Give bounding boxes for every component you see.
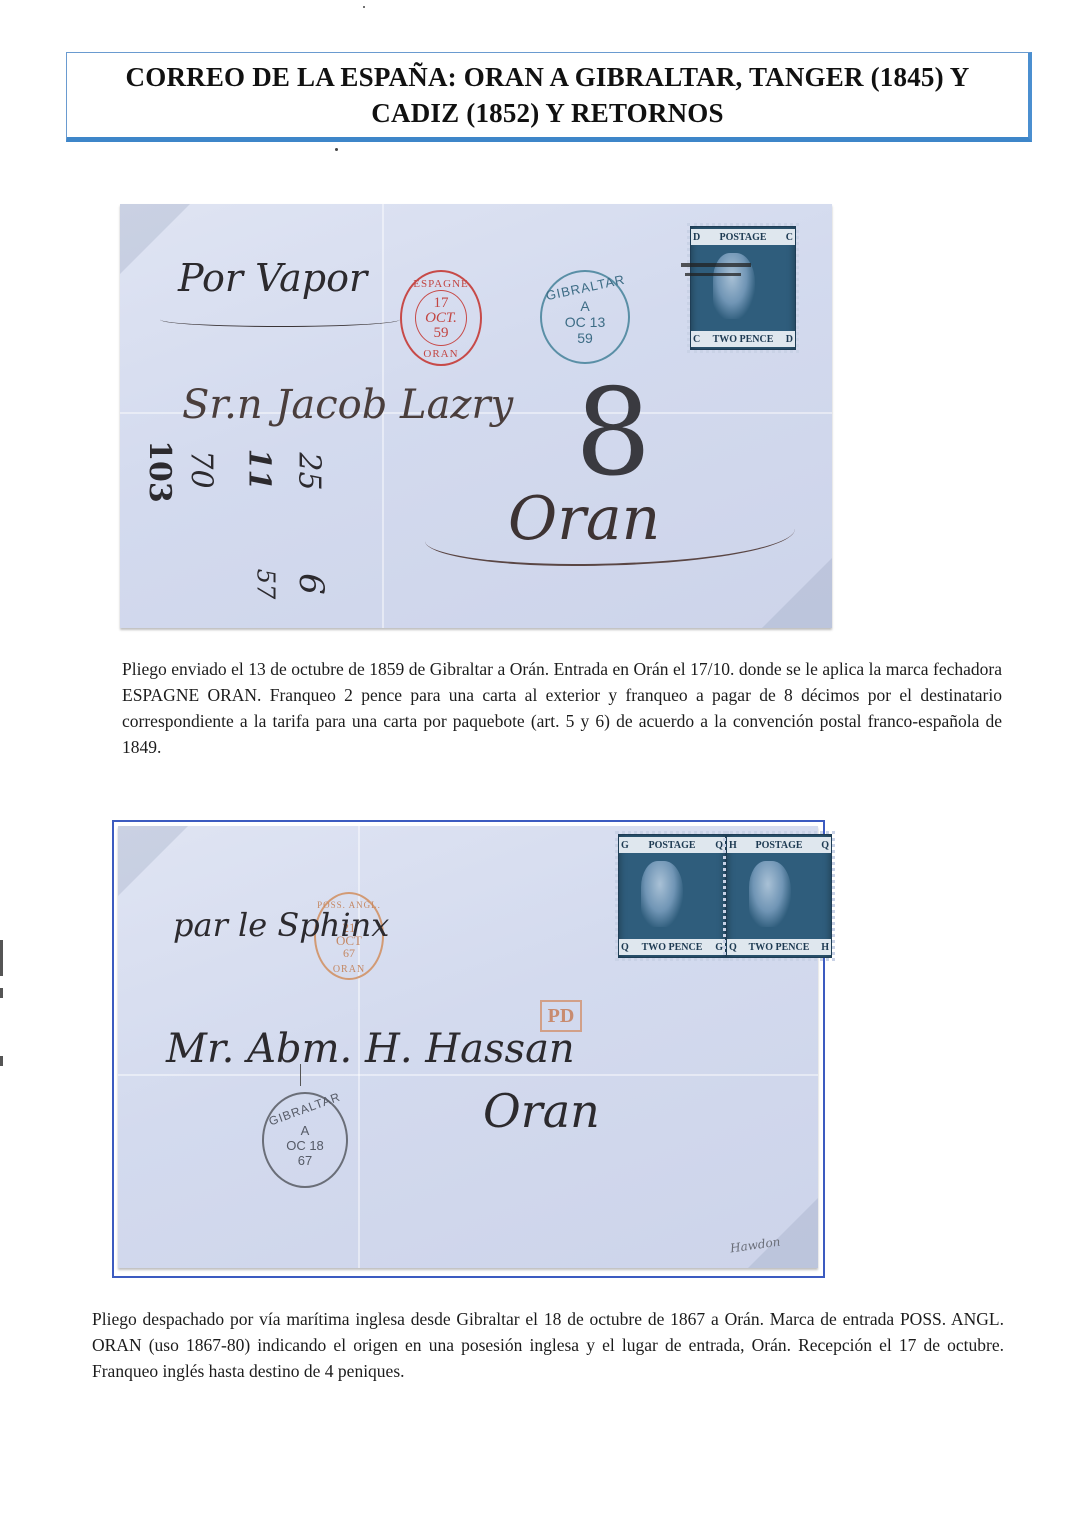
fold-corner xyxy=(748,1198,818,1268)
destination-flourish xyxy=(425,504,795,566)
postmark-top-text: ESPAGNE xyxy=(413,278,469,290)
postmark-bottom-text: ORAN xyxy=(423,348,458,360)
scan-edge-mark xyxy=(0,940,3,976)
stamp-top-label: G POSTAGE Q xyxy=(619,837,725,853)
scan-edge-mark xyxy=(0,988,3,998)
corner-letter: H xyxy=(729,840,737,851)
corner-letter: Q xyxy=(715,840,723,851)
tax-mark-8: 8 xyxy=(575,364,651,503)
stamp-top-label: H POSTAGE Q xyxy=(727,837,831,853)
postmark-inner-ring xyxy=(415,290,467,346)
postmark-year: 59 xyxy=(577,330,593,346)
cover-1867: POSS. ANGL. 21 OCT 67 ORAN par le Sphinx… xyxy=(118,826,818,1268)
stamp-top-text: POSTAGE xyxy=(719,232,766,243)
corner-letter: H xyxy=(821,942,829,953)
page-title-box: CORREO DE LA ESPAÑA: ORAN A GIBRALTAR, T… xyxy=(66,52,1032,142)
scan-speck xyxy=(363,6,365,8)
arrow-line xyxy=(300,1064,301,1086)
stamp-bottom-text: TWO PENCE xyxy=(749,942,810,953)
stamp-bottom-label: Q TWO PENCE H xyxy=(727,939,831,955)
postmark-letter: A xyxy=(580,298,589,314)
note-25: 25 xyxy=(292,452,327,490)
addressee: Sr.n Jacob Lazry xyxy=(182,382,513,428)
postmark-espagne-oran: ESPAGNE 17 OCT. 59 ORAN xyxy=(400,270,482,366)
corner-letter: G xyxy=(621,840,629,851)
addressee: Mr. Abm. H. Hassan xyxy=(166,1026,575,1072)
corner-letter: Q xyxy=(821,840,829,851)
stamp-bottom-text: TWO PENCE xyxy=(642,942,703,953)
note-103: 103 xyxy=(142,440,177,503)
scan-speck xyxy=(335,148,338,151)
stamp-bottom-label: C TWO PENCE D xyxy=(691,331,795,347)
stamp-two-pence-right: H POSTAGE Q Q TWO PENCE H xyxy=(726,834,832,958)
page-title-line-1: CORREO DE LA ESPAÑA: ORAN A GIBRALTAR, T… xyxy=(126,59,970,95)
cover-1859: Por Vapor ESPAGNE 17 OCT. 59 ORAN GIBRAL… xyxy=(120,204,832,628)
stamp-two-pence-blue: D POSTAGE C C TWO PENCE D xyxy=(690,226,796,350)
stamp-top-text: POSTAGE xyxy=(648,840,695,851)
queen-victoria-portrait xyxy=(749,861,791,927)
cancellation-bar xyxy=(681,263,751,267)
routing-note: Por Vapor xyxy=(178,256,367,300)
destination: Oran xyxy=(483,1084,600,1138)
note-70: 70 xyxy=(184,450,219,488)
corner-letter: Q xyxy=(729,942,737,953)
note-6: 6 xyxy=(291,573,331,595)
scan-edge-mark xyxy=(0,1056,3,1066)
queen-victoria-portrait xyxy=(641,861,683,927)
postmark-year: 67 xyxy=(298,1153,312,1168)
postmark-date: OC 13 xyxy=(565,314,605,330)
corner-letter: D xyxy=(693,232,700,243)
corner-letter: Q xyxy=(621,942,629,953)
corner-letter: D xyxy=(786,334,793,345)
stamp-two-pence-left: G POSTAGE Q Q TWO PENCE G xyxy=(618,834,726,958)
postmark-gibraltar-1867: GIBRALTAR A OC 18 67 xyxy=(262,1092,348,1188)
fold-corner xyxy=(118,826,188,896)
caption-cover-1867: Pliego despachado por vía marítima ingle… xyxy=(92,1306,1004,1384)
corner-letter: G xyxy=(715,942,723,953)
underline-flourish xyxy=(160,312,400,327)
fold-corner xyxy=(762,558,832,628)
fold-line xyxy=(118,1074,818,1076)
postmark-bottom-text: ORAN xyxy=(333,964,365,975)
note-57: 57 xyxy=(251,569,279,600)
note-11: 11 xyxy=(241,449,276,491)
caption-cover-1859: Pliego enviado el 13 de octubre de 1859 … xyxy=(122,656,1002,760)
cancellation-bar xyxy=(685,273,741,276)
page-title-line-2: CADIZ (1852) Y RETORNOS xyxy=(371,95,723,131)
stamp-top-text: POSTAGE xyxy=(755,840,802,851)
corner-letter: C xyxy=(786,232,793,243)
routing-note: par le Sphinx xyxy=(173,906,389,944)
postmark-date: OC 18 xyxy=(286,1138,324,1153)
postmark-gibraltar-1859: GIBRALTAR A OC 13 59 xyxy=(540,270,630,364)
postmark-letter: A xyxy=(301,1123,310,1138)
stamp-bottom-text: TWO PENCE xyxy=(713,334,774,345)
postmark-year: 67 xyxy=(343,947,355,960)
stamp-top-label: D POSTAGE C xyxy=(691,229,795,245)
stamp-bottom-label: Q TWO PENCE G xyxy=(619,939,725,955)
corner-letter: C xyxy=(693,334,700,345)
